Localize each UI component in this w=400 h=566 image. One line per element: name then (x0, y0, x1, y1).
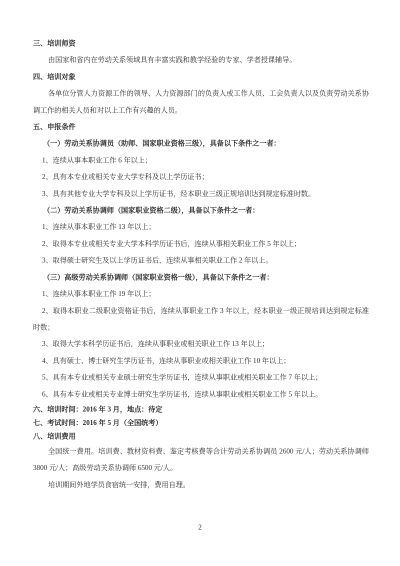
subsection-heading: （一）劳动关系协调员（助师、国家职业资格三级），具备以下条件之一者： (33, 136, 369, 153)
condition-item: 3、取得大学本科学历证书后，连续从事职业或相关职业工作 13 年以上； (33, 336, 369, 353)
paragraph: 由国家和省内在劳动关系领域具有丰富实践和教学经验的专家、学者授课辅导。 (33, 52, 369, 69)
section-heading: 四、培训对象 (33, 69, 369, 86)
subsection-heading: （二）劳动关系协调师（国家职业资格二级），具备以下条件之一者： (33, 203, 369, 220)
paragraph: 各单位分管人力资源工作的领导、人力资源部门的负责人或工作人员、工会负责人以及负责… (33, 86, 369, 119)
document-page-inner: 三、培训师资由国家和省内在劳动关系领域具有丰富实践和教学经验的专家、学者授课辅导… (0, 0, 400, 566)
section-heading: 五、申报条件 (33, 119, 369, 136)
condition-item: 3、具有其他专业大学专科及以上学历证书，经本职业三级正规培训达到规定标准时数。 (33, 186, 369, 203)
condition-item: 2、具有本专业或相关专业大学专科及以上学历证书； (33, 169, 369, 186)
condition-item: 3、取得硕士研究生及以上学历证书后，连续从事相关职业工作 2 年以上。 (33, 253, 369, 270)
paragraph: 培训期间外地学员食宿统一安排，费用自理。 (33, 477, 369, 494)
condition-item: 1、连续从事本职业工作 13 年以上； (33, 219, 369, 236)
section-heading: 三、培训师资 (33, 36, 369, 53)
section-heading: 七、考试时间：2016 年 5 月（全国统考） (33, 416, 369, 430)
condition-item: 1、连续从事本职业工作 19 年以上； (33, 286, 369, 303)
subsection-heading: （三）高级劳动关系协调师（国家职业资格一级），具备以下条件之一者： (33, 269, 369, 286)
condition-item: 6、具有本专业或相关专业博士研究生学历证书，连续从事职业或相关职业工作 5 年以… (33, 386, 369, 403)
paragraph: 全国统一费用。培训费、教材资料费、鉴定考核费等合计劳动关系协调员 2600 元/… (33, 443, 369, 476)
condition-item: 1、连续从事本职业工作 6 年以上； (33, 152, 369, 169)
condition-item: 2、取得本专业或相关专业大学本科学历证书后，连续从事相关职业工作 5 年以上； (33, 236, 369, 253)
document-content: 三、培训师资由国家和省内在劳动关系领域具有丰富实践和教学经验的专家、学者授课辅导… (33, 36, 369, 494)
condition-item: 4、具有硕士、博士研究生学历证书，连续从事职业或相关职业工作 10 年以上； (33, 353, 369, 370)
section-heading: 六、培训时间：2016 年 3 月，地点：待定 (33, 403, 369, 417)
document-page: 三、培训师资由国家和省内在劳动关系领域具有丰富实践和教学经验的专家、学者授课辅导… (0, 0, 400, 566)
section-heading: 八、培训费用 (33, 430, 369, 444)
condition-item: 2、取得本职业二级职业资格证书后，连续从事职业工作 3 年以上，经本职业一级正规… (33, 303, 369, 336)
page-number: 2 (0, 523, 400, 533)
condition-item: 5、具有本专业或相关专业硕士研究生学历证书，连续从事职业或相关职业工作 7 年以… (33, 370, 369, 387)
